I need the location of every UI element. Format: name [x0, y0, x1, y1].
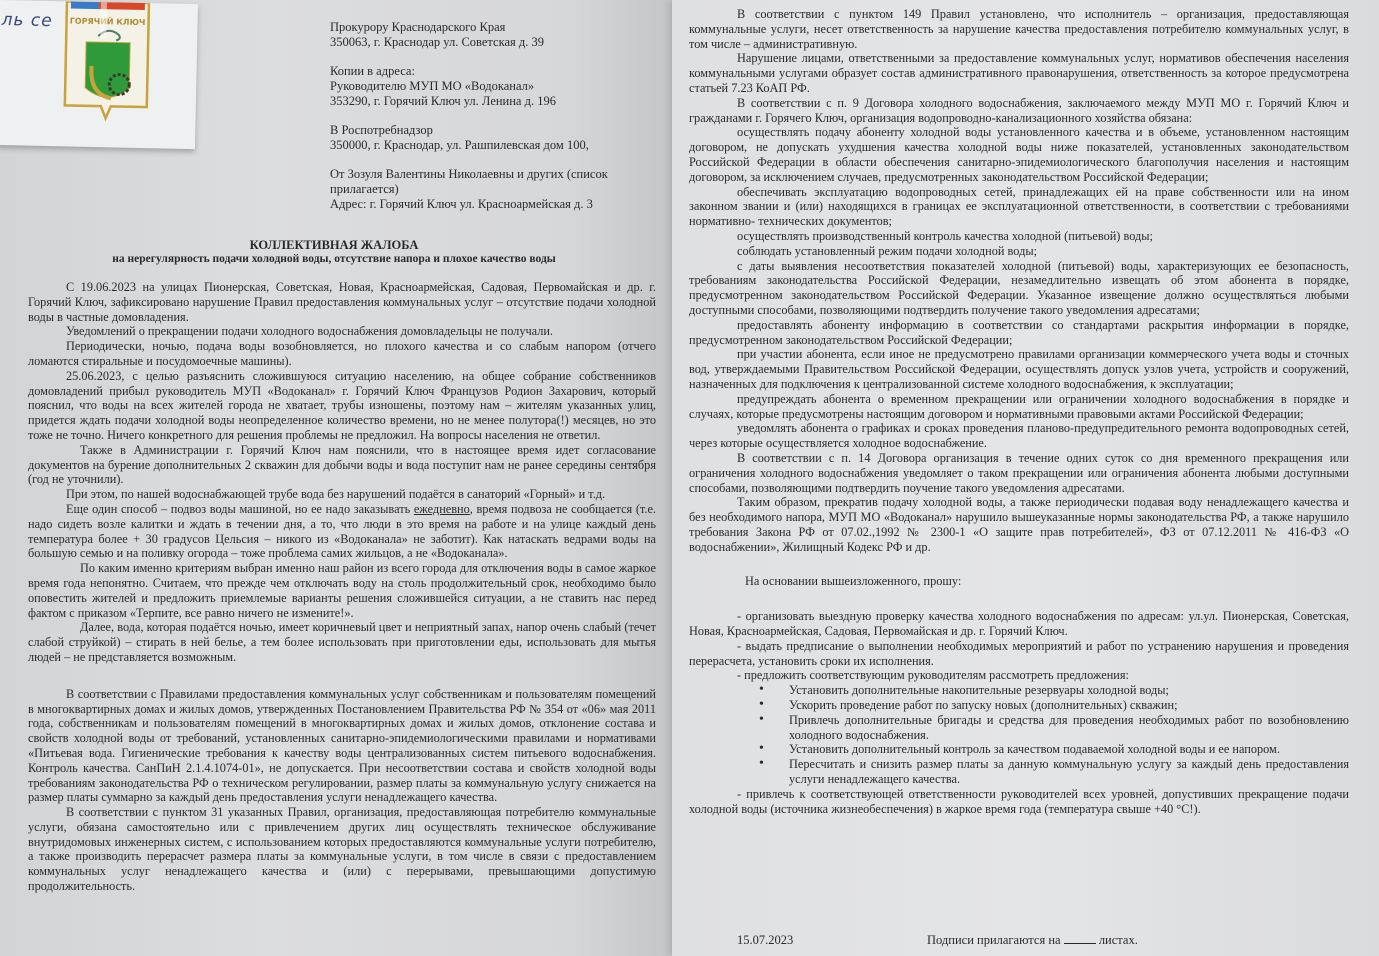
sheet-count-blank: [1064, 933, 1096, 944]
coat-of-arms-card: ль ce ГОРЯЧИЙ КЛЮЧ: [0, 0, 198, 149]
obligation-item: с даты выявления несоответствия показате…: [689, 259, 1349, 318]
document-date: 15.07.2023: [737, 933, 793, 947]
handwritten-note: ль ce: [1, 10, 53, 31]
addressee-block: Прокурору Краснодарского Края 350063, г.…: [330, 20, 650, 226]
proposal-item: Ускорить проведение работ по запуску нов…: [759, 698, 1349, 713]
final-request: - привлечь к соответствующей ответственн…: [689, 787, 1349, 817]
paragraph: Периодически, ночью, подача воды возобно…: [28, 339, 656, 369]
coat-of-arms-icon: ГОРЯЧИЙ КЛЮЧ: [60, 1, 153, 125]
paragraph: Таким образом, прекратив подачу холодной…: [689, 495, 1349, 554]
proposals-list: Установить дополнительные накопительные …: [689, 683, 1349, 787]
underlined-word: ежедневно: [414, 502, 470, 516]
obligation-item: уведомлять абонента о графиках и сроках …: [689, 421, 1349, 451]
request-item: - выдать предписание о выполнении необхо…: [689, 639, 1349, 669]
proposal-item: Пересчитать и снизить размер платы за да…: [759, 757, 1349, 787]
paragraph: Нарушение лицами, ответственными за пред…: [689, 51, 1349, 95]
proposal-item: Установить дополнительный контроль за ка…: [759, 742, 1349, 757]
paragraph: Уведомлений о прекращении подачи холодно…: [28, 324, 656, 339]
obligation-item: осуществлять производственный контроль к…: [689, 229, 1349, 244]
addressee-vodokanal: Копии в адреса: Руководителю МУП МО «Вод…: [330, 64, 650, 109]
obligation-item: осуществлять подачу абоненту холодной во…: [689, 125, 1349, 184]
addressee-rospotrebnadzor: В Роспотребнадзор 350000, г. Краснодар, …: [330, 123, 650, 153]
document-footer: 15.07.2023 Подписи прилагаются на листах…: [737, 933, 1337, 948]
request-intro: На основании вышеизложенного, прошу:: [689, 574, 1349, 589]
paragraph: В соответствии с п. 9 Договора холодного…: [689, 96, 1349, 126]
complaint-body: С 19.06.2023 на улицах Пионерская, Совет…: [28, 280, 656, 894]
paragraph: В соответствии с пунктом 31 указанных Пр…: [28, 805, 656, 894]
obligation-item: предоставлять абоненту информацию в соот…: [689, 318, 1349, 348]
complaint-body-continued: В соответствии с пунктом 149 Правил уста…: [689, 7, 1349, 816]
paragraph: Далее, вода, которая подаётся ночью, име…: [28, 620, 656, 664]
proposal-item: Установить дополнительные накопительные …: [759, 683, 1349, 698]
paragraph: С 19.06.2023 на улицах Пионерская, Совет…: [28, 280, 656, 324]
complaint-page-1: ль ce ГОРЯЧИЙ КЛЮЧ Прокурору Краснодарск…: [0, 0, 668, 956]
paragraph: В соответствии с Правилами предоставлени…: [28, 687, 656, 805]
paragraph: При этом, по нашей водоснабжающей трубе …: [28, 487, 656, 502]
paragraph-delivery: Еще один способ – подвоз воды машиной, н…: [28, 502, 656, 561]
paragraph: По каким именно критериям выбран именно …: [28, 561, 656, 620]
obligation-item: соблюдать установленный режим подачи хол…: [689, 244, 1349, 259]
obligation-item: предупреждать абонента о временном прекр…: [689, 392, 1349, 422]
paragraph: В соответствии с п. 14 Договора организа…: [689, 451, 1349, 495]
obligation-item: обеспечивать эксплуатацию водопроводных …: [689, 185, 1349, 229]
addressee-prosecutor: Прокурору Краснодарского Края 350063, г.…: [330, 20, 650, 50]
document-subtitle: на нерегулярность подачи холодной воды, …: [0, 252, 668, 266]
request-item: - организовать выездную проверку качеств…: [689, 609, 1349, 639]
signatures-note: Подписи прилагаются на листах.: [927, 933, 1138, 948]
obligation-item: при участии абонента, если иное не преду…: [689, 347, 1349, 391]
paragraph: В соответствии с пунктом 149 Правил уста…: [689, 7, 1349, 51]
document-title-block: КОЛЛЕКТИВНАЯ ЖАЛОБА на нерегулярность по…: [0, 238, 668, 266]
proposal-item: Привлечь дополнительные бригады и средст…: [759, 713, 1349, 743]
request-item: - предложить соответствующим руководител…: [689, 668, 1349, 683]
document-title: КОЛЛЕКТИВНАЯ ЖАЛОБА: [0, 238, 668, 252]
paragraph: 25.06.2023, с целью разъяснить сложившую…: [28, 369, 656, 443]
sender-block: От Зозуля Валентины Николаевны и других …: [330, 167, 650, 212]
complaint-page-2: В соответствии с пунктом 149 Правил уста…: [672, 0, 1379, 956]
paragraph: Также в Администрации г. Горячий Ключ на…: [28, 443, 656, 487]
